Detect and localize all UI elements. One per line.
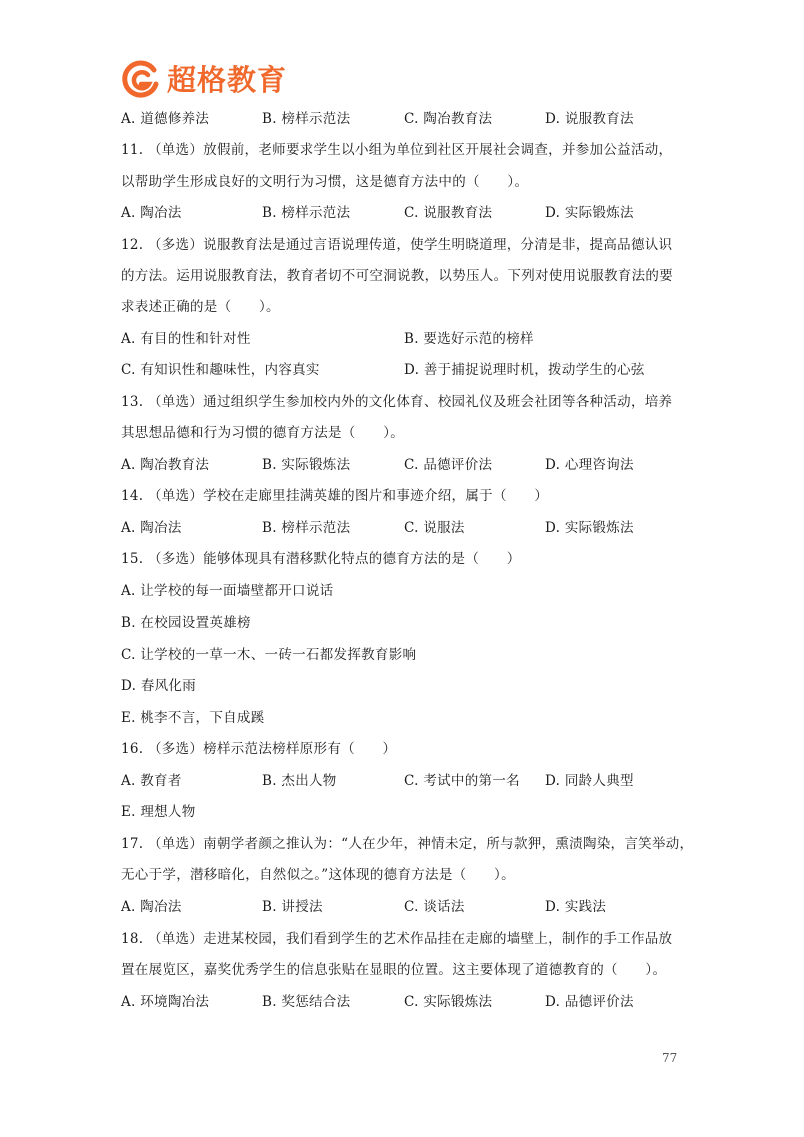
q16-option-b: B. 杰出人物	[262, 772, 337, 790]
q13-option-a: A. 陶冶教育法	[121, 456, 209, 474]
q12-stem-line-2: 的方法。运用说服教育法，教育者切不可空洞说教，以势压人。下列对使用说服教育法的要	[121, 267, 673, 285]
q18-option-c: C. 实际锻炼法	[404, 993, 492, 1011]
q18-stem-line-2: 置在展览区，嘉奖优秀学生的信息张贴在显眼的位置。这主要体现了道德教育的（ ）。	[121, 961, 666, 979]
q16-stem-line-1: 16. （多选）榜样示范法榜样原形有（ ）	[121, 740, 396, 758]
brand-logo: 超格教育	[121, 60, 287, 100]
q17-option-b: B. 讲授法	[262, 898, 323, 916]
q15-option-b: B. 在校园设置英雄榜	[121, 614, 251, 632]
q16-option-e: E. 理想人物	[121, 803, 196, 821]
q18-option-d: D. 品德评价法	[545, 993, 634, 1011]
page-number: 77	[662, 1051, 677, 1065]
q12-option-b: B. 要选好示范的榜样	[404, 330, 534, 348]
q13-option-b: B. 实际锻炼法	[262, 456, 350, 474]
q11-stem-line-2: 以帮助学生形成良好的文明行为习惯，这是德育方法中的（ ）。	[121, 173, 528, 191]
q12-option-a: A. 有目的性和针对性	[121, 330, 251, 348]
q11-option-a: A. 陶冶法	[121, 204, 182, 222]
q12-option-d: D. 善于捕捉说理时机，拨动学生的心弦	[404, 361, 645, 379]
q17-option-c: C. 谈话法	[404, 898, 465, 916]
brand-name: 超格教育	[167, 60, 287, 100]
q17-stem-line-1: 17. （单选）南朝学者颜之推认为：“人在少年，神情未定，所与款狎，熏渍陶染，言…	[121, 835, 693, 853]
q13-option-d: D. 心理咨询法	[545, 456, 634, 474]
g-logo-icon	[121, 60, 161, 100]
q15-option-d: D. 春风化雨	[121, 677, 196, 695]
q13-stem-line-1: 13. （单选）通过组织学生参加校内外的文化体育、校园礼仪及班会社团等各种活动，…	[121, 393, 672, 411]
q10-option-b: B. 榜样示范法	[262, 110, 350, 128]
q13-option-c: C. 品德评价法	[404, 456, 492, 474]
q17-stem-line-2: 无心于学，潜移暗化，自然似之。”这体现的德育方法是（ ）。	[121, 866, 515, 884]
q14-option-a: A. 陶冶法	[121, 519, 182, 537]
q11-stem-line-1: 11. （单选）放假前，老师要求学生以小组为单位到社区开展社会调查，并参加公益活…	[121, 141, 672, 159]
q14-option-c: C. 说服法	[404, 519, 465, 537]
q14-stem-line-1: 14. （单选）学校在走廊里挂满英雄的图片和事迹介绍，属于（ ）	[121, 487, 548, 505]
q17-option-d: D. 实践法	[545, 898, 606, 916]
q15-option-e: E. 桃李不言，下自成蹊	[121, 709, 265, 727]
q12-stem-line-3: 求表述正确的是（ ）。	[121, 298, 280, 316]
q10-option-c: C. 陶冶教育法	[404, 110, 492, 128]
q13-stem-line-2: 其思想品德和行为习惯的德育方法是（ ）。	[121, 424, 404, 442]
q15-stem-line-1: 15. （多选）能够体现具有潜移默化特点的德育方法的是（ ）	[121, 550, 521, 568]
q16-option-c: C. 考试中的第一名	[404, 772, 520, 790]
q10-option-a: A. 道德修养法	[121, 110, 209, 128]
q18-option-b: B. 奖惩结合法	[262, 993, 350, 1011]
q16-option-d: D. 同龄人典型	[545, 772, 634, 790]
q11-option-b: B. 榜样示范法	[262, 204, 350, 222]
q17-option-a: A. 陶冶法	[121, 898, 182, 916]
q14-option-d: D. 实际锻炼法	[545, 519, 634, 537]
q18-stem-line-1: 18. （单选）走进某校园，我们看到学生的艺术作品挂在走廊的墙壁上，制作的手工作…	[121, 930, 672, 948]
q18-option-a: A. 环境陶冶法	[121, 993, 209, 1011]
q16-option-a: A. 教育者	[121, 772, 182, 790]
q15-option-c: C. 让学校的一草一木、一砖一石都发挥教育影响	[121, 646, 416, 664]
q10-option-d: D. 说服教育法	[545, 110, 634, 128]
q12-stem-line-1: 12. （多选）说服教育法是通过言语说理传道，使学生明晓道理，分清是非，提高品德…	[121, 236, 672, 254]
q11-option-c: C. 说服教育法	[404, 204, 492, 222]
q14-option-b: B. 榜样示范法	[262, 519, 350, 537]
q12-option-c: C. 有知识性和趣味性，内容真实	[121, 361, 320, 379]
q11-option-d: D. 实际锻炼法	[545, 204, 634, 222]
q15-option-a: A. 让学校的每一面墙壁都开口说话	[121, 582, 333, 600]
